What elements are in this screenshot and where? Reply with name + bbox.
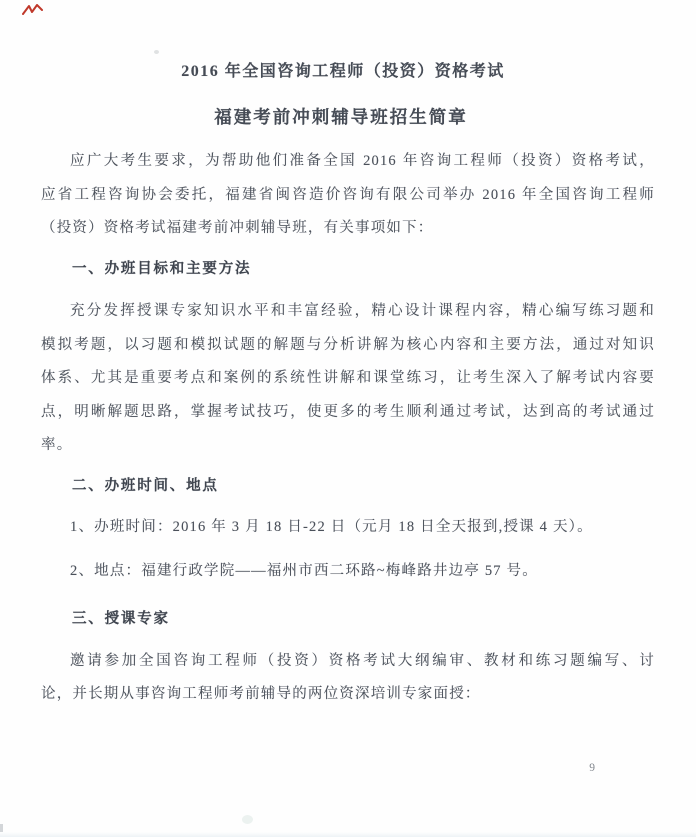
- section-1-paragraph: 充分发挥授课专家知识水平和丰富经验，精心设计课程内容，精心编写练习题和 模拟考题…: [41, 295, 655, 463]
- text-line: 论，并长期从事咨询工程师考前辅导的两位资深培训专家面授：: [41, 678, 655, 712]
- intro-paragraph: 应广大考生要求，为帮助他们准备全国 2016 年咨询工程师（投资）资格考试， 应…: [41, 145, 655, 246]
- scan-edge-tint: [0, 832, 696, 837]
- document-content: 2016 年全国咨询工程师（投资）资格考试 福建考前冲刺辅导班招生简章 应广大考…: [41, 59, 655, 776]
- text-line: 邀请参加全国咨询工程师（投资）资格考试大纲编审、教材和练习题编写、讨: [41, 645, 655, 679]
- text-line: 应省工程咨询协会委托，福建省闽咨造价咨询有限公司举办 2016 年全国咨询工程师: [41, 179, 655, 213]
- section-2-heading: 二、办班时间、地点: [41, 470, 655, 504]
- scan-speck: [0, 824, 3, 832]
- text-line: 点，明晰解题思路，掌握考试技巧，使更多的考生顺利通过考试，达到高的考试通过: [41, 396, 655, 430]
- text-line: 率。: [41, 429, 655, 463]
- document-title: 2016 年全国咨询工程师（投资）资格考试: [36, 59, 650, 85]
- scan-speck: [242, 815, 253, 824]
- page-number: 9: [41, 761, 655, 776]
- text-line: 充分发挥授课专家知识水平和丰富经验，精心设计课程内容，精心编写练习题和: [41, 295, 655, 329]
- section-3-paragraph: 邀请参加全国咨询工程师（投资）资格考试大纲编审、教材和练习题编写、讨 论，并长期…: [41, 645, 655, 712]
- text-line: 模拟考题，以习题和模拟试题的解题与分析讲解为核心内容和主要方法，通过对知识: [41, 329, 655, 363]
- red-pen-mark: [22, 3, 44, 18]
- text-line: 体系、尤其是重要考点和案例的系统性讲解和课堂练习，让考生深入了解考试内容要: [41, 362, 655, 396]
- location-item: 2、地点：福建行政学院——福州市西二环路~梅峰路井边亭 57 号。: [41, 555, 655, 589]
- section-1-heading: 一、办班目标和主要方法: [41, 253, 655, 287]
- document-subtitle: 福建考前冲刺辅导班招生简章: [34, 104, 648, 131]
- schedule-item: 1、办班时间：2016 年 3 月 18 日-22 日（元月 18 日全天报到,…: [41, 511, 655, 545]
- text-line: 应广大考生要求，为帮助他们准备全国 2016 年咨询工程师（投资）资格考试，: [41, 145, 655, 179]
- document-page: 2016 年全国咨询工程师（投资）资格考试 福建考前冲刺辅导班招生简章 应广大考…: [0, 0, 696, 837]
- scan-speck: [154, 50, 159, 54]
- section-3-heading: 三、授课专家: [41, 603, 655, 637]
- text-line: （投资）资格考试福建考前冲刺辅导班，有关事项如下：: [41, 212, 655, 246]
